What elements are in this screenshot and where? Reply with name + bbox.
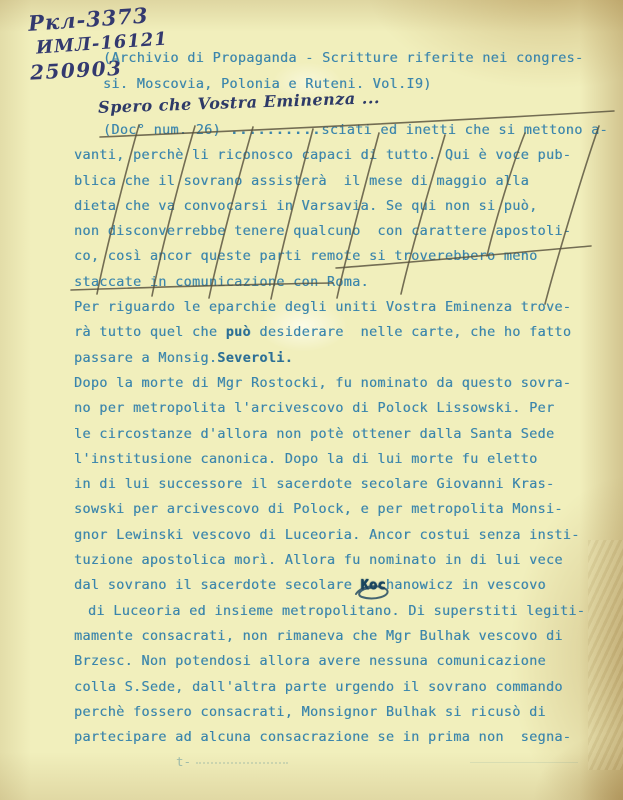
doc-number-label: (Doc° num. 26) — [103, 122, 221, 138]
archive-codes: Ркл-3373 ИМЛ-16121 250903 — [28, 6, 168, 81]
archive-reference-line-1: (Archivio di Propaganda - Scritture rife… — [103, 50, 583, 66]
typed-line: mamente consacrati, non rimaneva che Mgr… — [74, 624, 604, 649]
typed-line: non disconverrebbe tenere qualcuno con c… — [74, 219, 604, 244]
faded-text-trace — [470, 762, 578, 763]
faded-text-remnant: t- — [176, 750, 191, 775]
typed-line: no per metropolita l'arcivescovo di Polo… — [74, 396, 604, 421]
typed-line: rà tutto quel che può desiderare nelle c… — [74, 320, 604, 345]
typed-line: Dopo la morte di Mgr Rostocki, fu nomina… — [74, 371, 604, 396]
typed-line: vanti, perchè li riconosco capaci di tut… — [74, 143, 604, 168]
typed-line: di Luceoria ed insieme metropolitano. Di… — [88, 599, 604, 624]
overtyped-word: può — [226, 324, 251, 340]
typed-line: l'institusione canonica. Dopo la di lui … — [74, 447, 604, 472]
faded-text-trace — [196, 762, 288, 764]
overtyped-word: Severoli. — [217, 350, 293, 366]
handwritten-note: Spero che Vostra Eminenza ... — [98, 88, 380, 117]
ink-blot-overstrike: Koc — [361, 577, 386, 593]
typed-segment: rà tutto quel che — [74, 324, 226, 340]
typed-text-block: (Doc° num. 26) ..........sciati ed inett… — [74, 118, 604, 776]
typed-line: Per riguardo le eparchie degli uniti Vos… — [74, 295, 604, 320]
typed-line: gnor Lewinski vescovo di Luceoria. Ancor… — [74, 523, 604, 548]
typed-line: colla S.Sede, dall'altra parte urgendo i… — [74, 675, 604, 700]
typed-line: le circostanze d'allora non potè ottener… — [74, 422, 604, 447]
typed-line-with-blot: dal sovrano il sacerdote secolare Kochan… — [74, 573, 604, 598]
typed-line-struck: staccate in comunicazione con Roma. — [74, 270, 604, 295]
typed-line: co, così ancor queste parti remote si tr… — [74, 244, 604, 269]
typed-segment: desiderare nelle carte, che ho fatto — [251, 324, 571, 340]
typed-line: perchè fossero consacrati, Monsignor Bul… — [74, 700, 604, 725]
typed-line: Brzesc. Non potendosi allora avere nessu… — [74, 649, 604, 674]
typed-segment: dal sovrano il sacerdote secolare — [74, 577, 361, 593]
scanned-document-page: Ркл-3373 ИМЛ-16121 250903 (Archivio di P… — [0, 0, 623, 800]
typed-line: tuzione apostolica morì. Allora fu nomin… — [74, 548, 604, 573]
doc-number-line: (Doc° num. 26) ..........sciati ed inett… — [103, 118, 604, 143]
typed-line: partecipare ad alcuna consacrazione se i… — [74, 725, 604, 750]
typed-line: passare a Monsig.Severoli. — [74, 346, 604, 371]
typed-line: in di lui successore il sacerdote secola… — [74, 472, 604, 497]
doc-line-text: sciati ed inetti che si mettono a- — [321, 122, 608, 138]
typed-line: sowski per arcivescovo di Polock, e per … — [74, 497, 604, 522]
faded-last-line: t- — [74, 750, 604, 775]
typed-line: blica che il sovrano assisterà il mese d… — [74, 169, 604, 194]
typed-segment: hanowicz in vescovo — [386, 577, 546, 593]
typed-line: dieta che va convocarsi in Varsavia. Se … — [74, 194, 604, 219]
typed-dots: .......... — [221, 122, 321, 138]
archive-reference-line-2: si. Moscovia, Polonia e Ruteni. Vol.I9) — [103, 76, 432, 92]
typed-segment: passare a Monsig. — [74, 350, 217, 366]
